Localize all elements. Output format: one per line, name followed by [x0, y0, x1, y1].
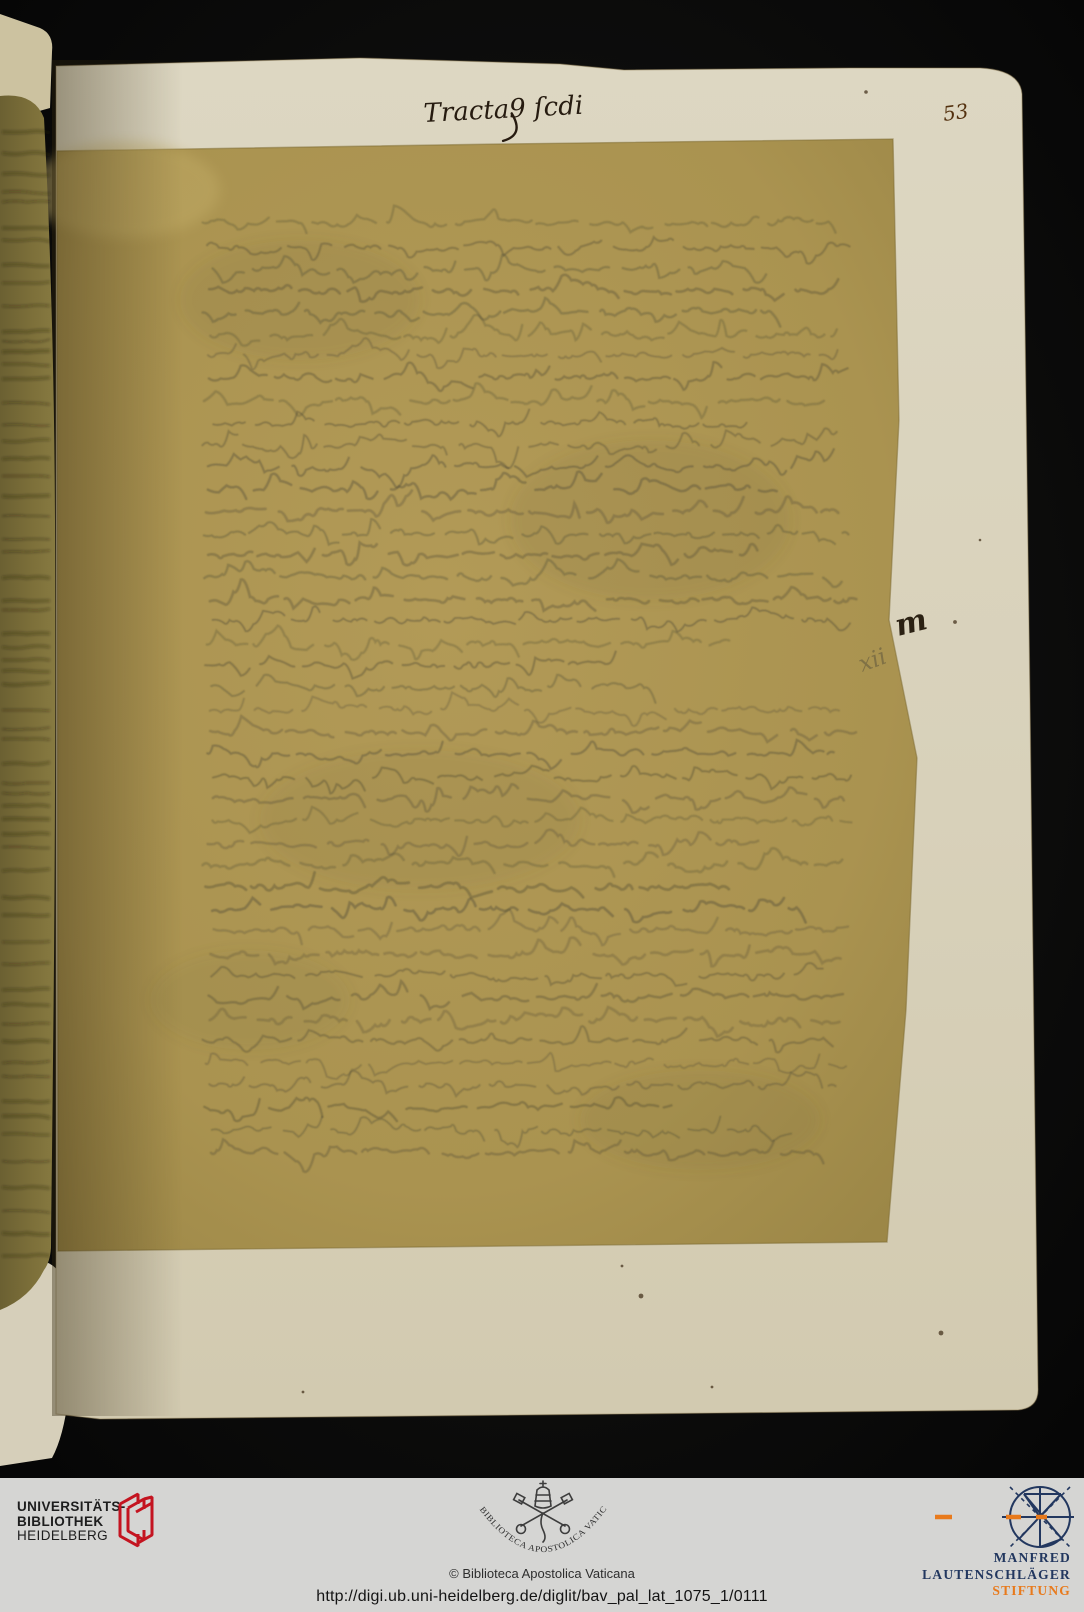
mls-line2: LAUTENSCHLÄGER — [922, 1567, 1071, 1584]
previous-page-curl — [0, 95, 55, 1310]
scan-viewport: Tracta9 ſcdi 53 m xii UNIVERSITÄTS- BIBL… — [0, 0, 1084, 1612]
manuscript-photo: Tracta9 ſcdi 53 m xii — [0, 0, 1084, 1478]
footer-bar: UNIVERSITÄTS- BIBLIOTHEK HEIDELBERG — [0, 1478, 1084, 1612]
gutter-shadow — [52, 60, 182, 1416]
mls-line1: MANFRED — [922, 1550, 1071, 1567]
mls-wordmark: MANFRED LAUTENSCHLÄGER STIFTUNG — [922, 1550, 1071, 1600]
folio-number: 53 — [941, 99, 970, 126]
vatican-crossed-keys-icon: BIBLIOTECA APOSTOLICA VATICANA — [473, 1480, 613, 1568]
ub-book-icon — [106, 1486, 158, 1552]
mls-line3: STIFTUNG — [922, 1583, 1071, 1600]
